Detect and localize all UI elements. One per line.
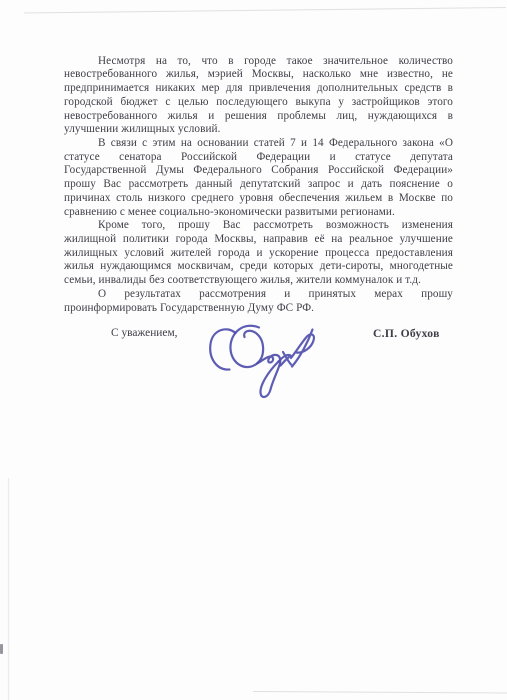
text-line: Государственной Думы Федерального Собран… bbox=[64, 164, 453, 178]
text-line: семьи, инвалиды без соответствующего жил… bbox=[64, 274, 453, 288]
letter-body: Несмотря на то, что в городе такое значи… bbox=[64, 55, 453, 316]
text-line: невостребованного жилья, мэрией Москвы, … bbox=[64, 68, 453, 82]
signer-name: С.П. Обухов bbox=[373, 327, 440, 341]
scan-bottom-edge-line bbox=[253, 692, 507, 694]
signature-stroke-descender bbox=[257, 355, 280, 397]
text-line: предпринимается никаких мер для привлече… bbox=[64, 82, 453, 96]
text-line: статусе сенатора Российской Федерации и … bbox=[64, 151, 453, 165]
signature-stroke-o bbox=[230, 326, 263, 367]
scan-left-edge-mark bbox=[0, 644, 3, 654]
text-line: городской бюджет с целью последующего вы… bbox=[64, 96, 453, 110]
signature-stroke-flourish bbox=[291, 330, 314, 367]
text-line: сравнению с менее социально-экономически… bbox=[64, 206, 453, 220]
text-line: невостребованного жилья и решения пробле… bbox=[64, 110, 453, 124]
text-line: Несмотря на то, что в городе такое значи… bbox=[64, 55, 453, 69]
text-line: Кроме того, прошу Вас рассмотреть возмож… bbox=[64, 219, 453, 233]
text-line: проинформировать Государственную Думу ФС… bbox=[64, 302, 453, 316]
text-line: жилищной политики города Москвы, направи… bbox=[64, 233, 453, 247]
text-line: причинах столь низкого среднего уровня о… bbox=[64, 192, 453, 206]
text-line: прошу Вас рассмотреть данный депутатский… bbox=[64, 178, 453, 192]
text-line: жилья нуждающимся москвичам, среди котор… bbox=[64, 260, 453, 274]
letter-page: Несмотря на то, что в городе такое значи… bbox=[0, 0, 507, 700]
text-line: жилищных условий жителей города и ускоре… bbox=[64, 247, 453, 261]
salutation: С уважением, bbox=[111, 327, 178, 341]
text-line: О результатах рассмотрения и принятых ме… bbox=[64, 288, 453, 302]
handwritten-signature-icon bbox=[200, 318, 325, 402]
signature-stroke-c bbox=[210, 329, 235, 369]
text-line: В связи с этим на основании статей 7 и 1… bbox=[64, 137, 453, 151]
scan-top-edge-line bbox=[24, 8, 506, 14]
text-line: улучшении жилищных условий. bbox=[64, 123, 453, 137]
